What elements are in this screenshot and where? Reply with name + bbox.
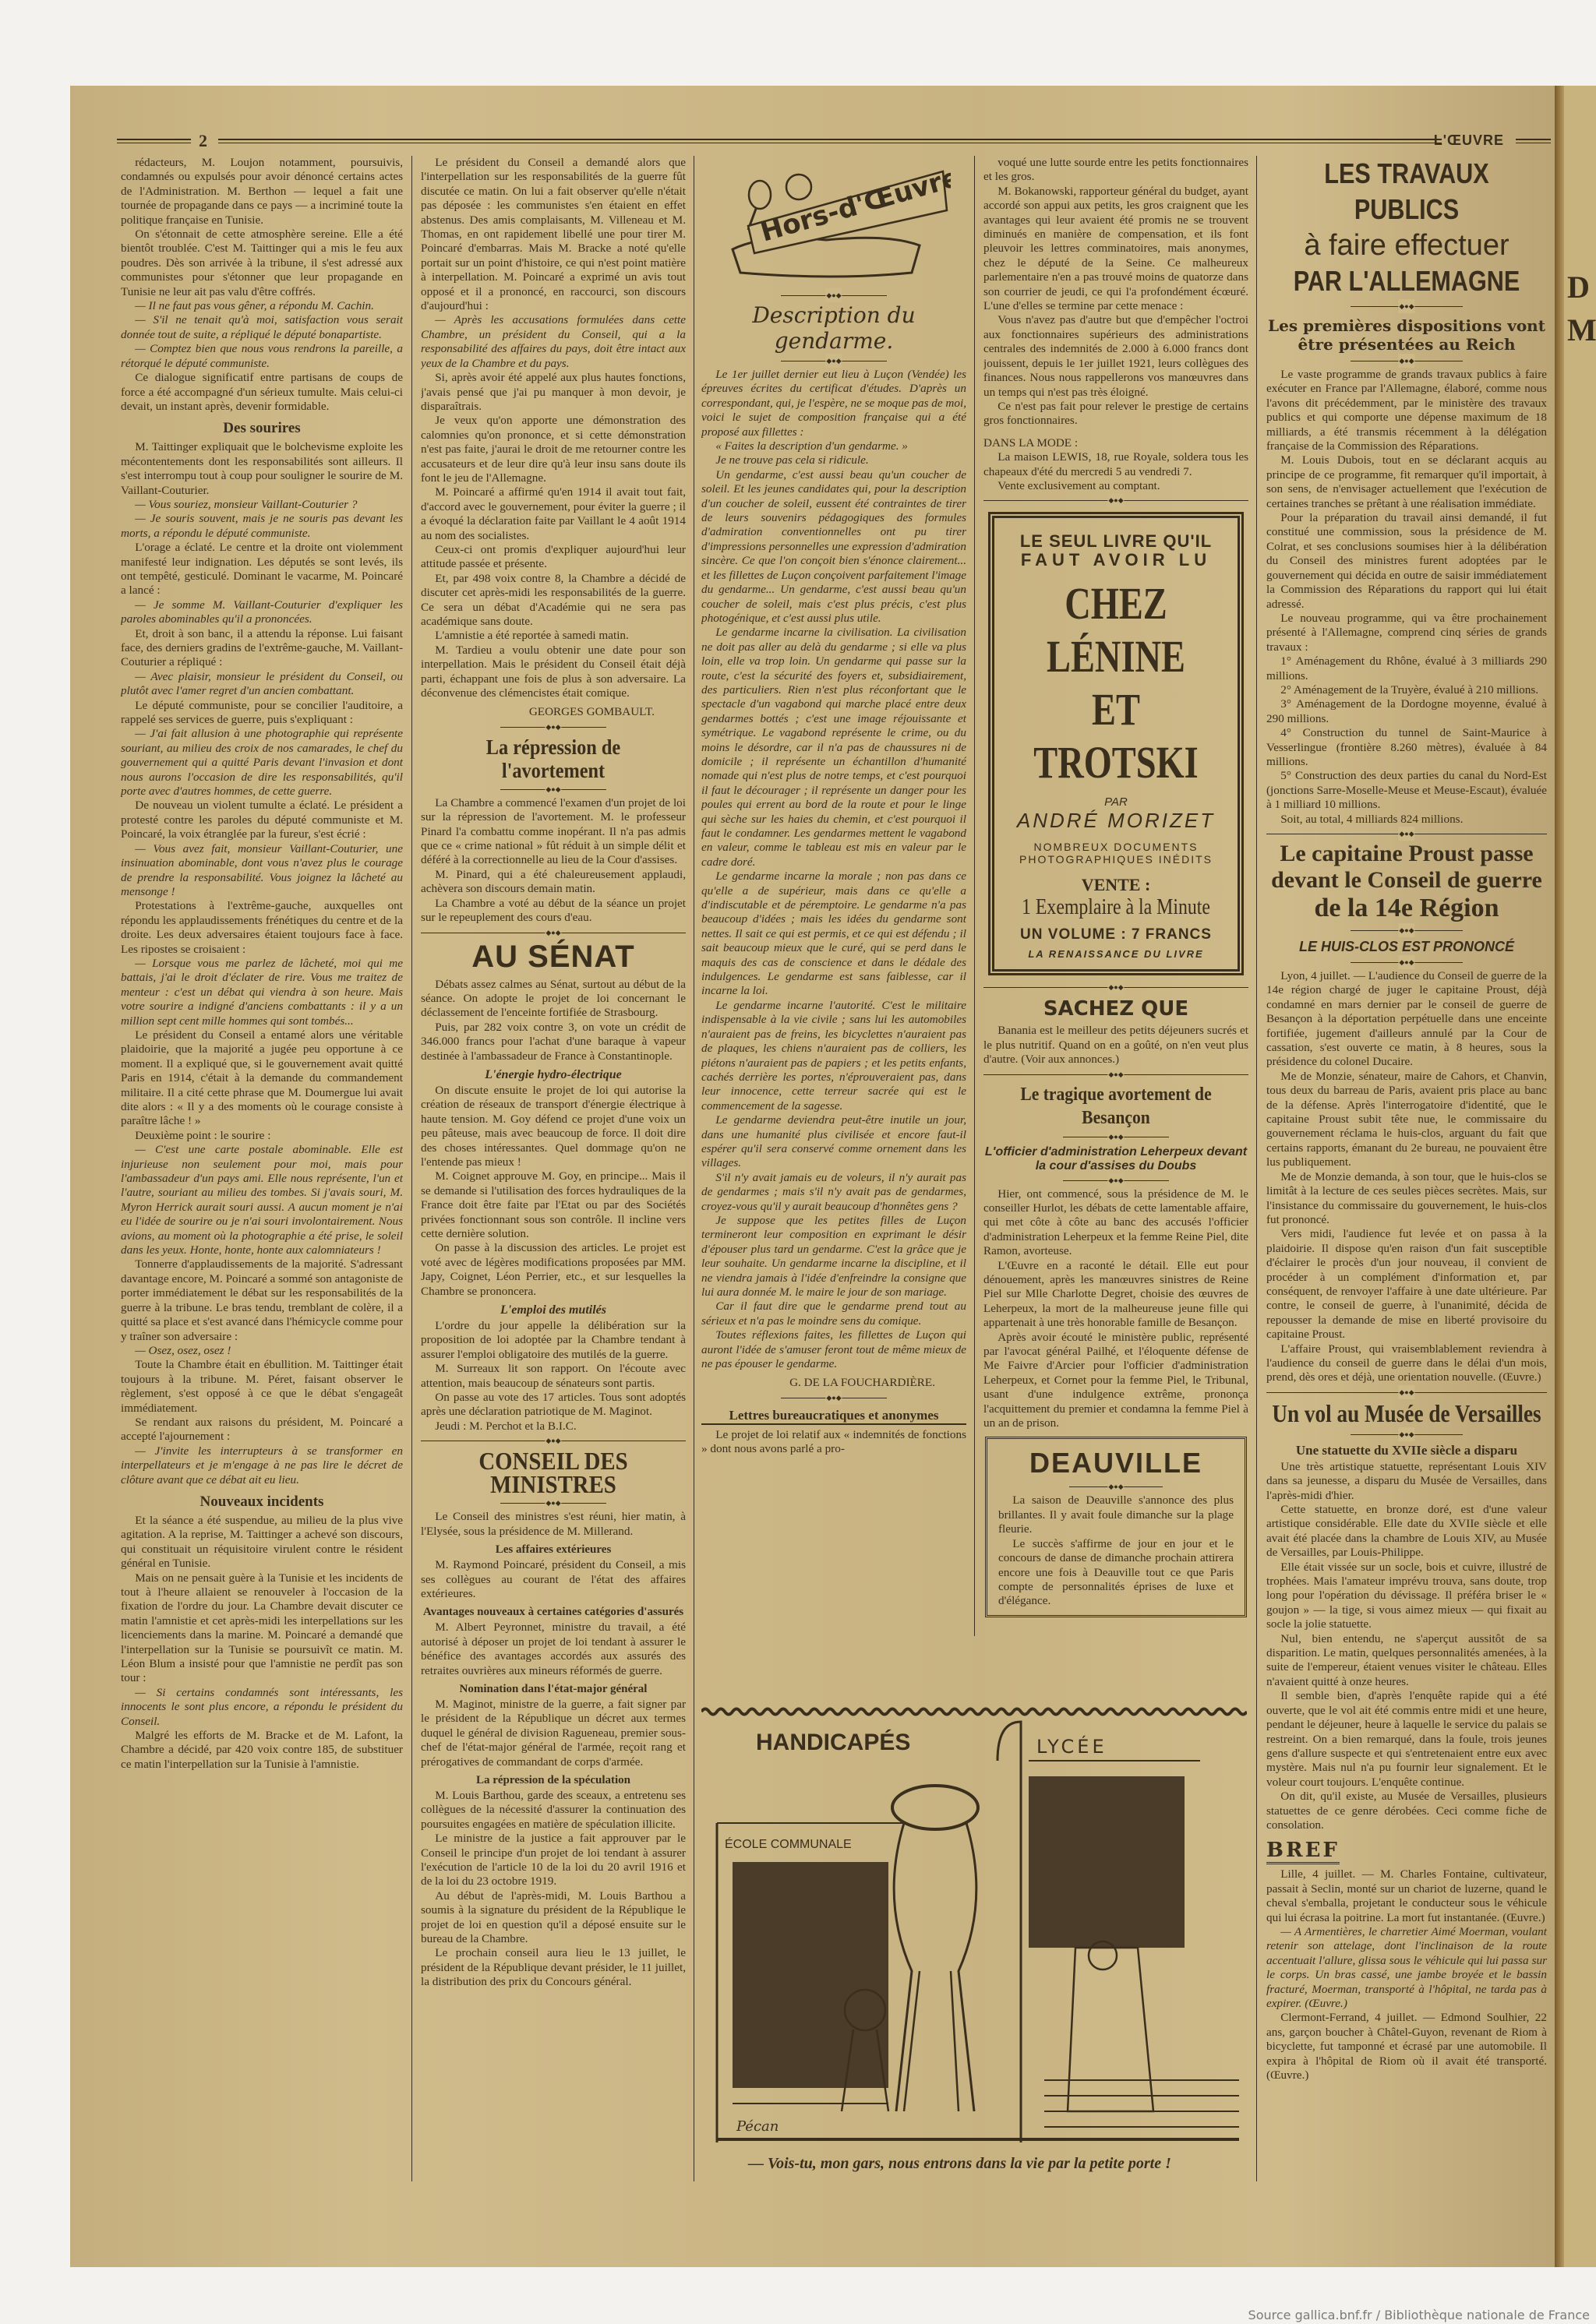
ad-line: NOMBREUX DOCUMENTS: [1004, 841, 1228, 853]
paragraph: Je veux qu'on apporte une démonstration …: [421, 414, 686, 485]
headline: Un vol au Musée de Versailles: [1268, 1399, 1546, 1427]
ad-line: FAUT AVOIR LU: [1004, 551, 1228, 570]
article-body: La Chambre a commencé l'examen d'un proj…: [421, 796, 686, 926]
paragraph: Mais on ne pensait guère à la Tunisie et…: [121, 1571, 403, 1686]
deauville-box: DEAUVILLE La saison de Deauville s'annon…: [985, 1437, 1247, 1617]
ornament-divider: [421, 1499, 686, 1507]
paragraph: Le Conseil des ministres s'est réuni, hi…: [421, 1510, 686, 1539]
paragraph: M. Pinard, qui a été chaleureusement app…: [421, 868, 686, 897]
paragraph: Se rendant aux raisons du président, M. …: [121, 1416, 403, 1444]
page-number: 2: [199, 131, 207, 151]
paragraph: — Comptez bien que nous vous rendrons la…: [121, 342, 403, 371]
ornament-divider: [1266, 830, 1547, 838]
byline: GEORGES GOMBAULT.: [421, 705, 686, 719]
ad-book-title: ET TROTSKI: [1026, 683, 1206, 789]
svg-text:LYCÉE: LYCÉE: [1036, 1735, 1107, 1758]
paragraph: Vous n'avez pas d'autre but que d'empêch…: [983, 313, 1248, 399]
paragraph: 3° Aménagement de la Dordogne moyenne, é…: [1266, 697, 1547, 726]
subheadline: LE HUIS-CLOS EST PRONONCÉ: [1266, 939, 1547, 955]
paragraph: Ce dialogue significatif entre partisans…: [121, 371, 403, 414]
paragraph: — Il ne faut pas vous gêner, a répondu M…: [121, 299, 403, 313]
paragraph: Le projet de loi relatif aux « indemnité…: [701, 1428, 966, 1457]
paragraph: On dit, qu'il existe, au Musée de Versai…: [1266, 1790, 1547, 1832]
cartoon-caption: — Vois-tu, mon gars, nous entrons dans l…: [748, 2155, 1171, 2173]
ornament-divider: [1266, 958, 1547, 966]
paragraph: 1° Aménagement du Rhône, évalué à 3 mill…: [1266, 654, 1547, 683]
ornament-divider: [983, 1133, 1248, 1141]
ornament-divider: [701, 1394, 966, 1402]
subheading: Nomination dans l'état-major général: [421, 1683, 686, 1696]
ornament-divider: [983, 496, 1248, 504]
paragraph: — A Armentières, le charretier Aimé Moer…: [1266, 1925, 1547, 2011]
article-body: La saison de Deauville s'annonce des plu…: [998, 1493, 1234, 1608]
byline: G. DE LA FOUCHARDIÈRE.: [701, 1376, 966, 1390]
article-body: M. Albert Peyronnet, ministre du travail…: [421, 1620, 686, 1678]
page-gutter: [1555, 86, 1564, 2267]
paragraph: L'ordre du jour appelle la délibération …: [421, 1319, 686, 1362]
paragraph: Le gendarme incarne la civilisation. La …: [701, 626, 966, 869]
paragraph: — J'ai fait allusion à une photographie …: [121, 727, 403, 799]
paragraph: Toute la Chambre était en ébullition. M.…: [121, 1358, 403, 1416]
ornament-divider: [701, 291, 966, 299]
paragraph: « Faites la description d'un gendarme. »: [701, 439, 966, 453]
rubric-label: DANS LA MODE :: [983, 436, 1248, 450]
paragraph: Puis, par 282 voix contre 3, on vote un …: [421, 1021, 686, 1063]
paragraph: — Vous souriez, monsieur Vaillant-Coutur…: [121, 498, 403, 512]
paragraph: S'il n'y avait jamais eu de voleurs, il …: [701, 1171, 966, 1214]
paragraph: On discute ensuite le projet de loi qui …: [421, 1084, 686, 1169]
paragraph: La maison LEWIS, 18, rue Royale, soldera…: [983, 450, 1248, 479]
paragraph: Le député communiste, pour se concilier …: [121, 699, 403, 728]
article-body: On discute ensuite le projet de loi qui …: [421, 1084, 686, 1299]
paragraph: La saison de Deauville s'annonce des plu…: [998, 1493, 1234, 1536]
paragraph: Malgré les efforts de M. Bracke et de M.…: [121, 1729, 403, 1772]
paragraph: Car il faut dire que le gendarme prend t…: [701, 1300, 966, 1328]
ad-line: LE SEUL LIVRE QU'IL: [1004, 532, 1228, 551]
paragraph: Jeudi : M. Perchot et la B.I.C.: [421, 1419, 686, 1434]
article-body: Lyon, 4 juillet. — L'audience du Conseil…: [1266, 969, 1547, 1385]
ad-publisher: LA RENAISSANCE DU LIVRE: [1004, 948, 1228, 960]
next-page-edge: D M: [1564, 86, 1596, 2267]
article-body: Banania est le meilleur des petits déjeu…: [983, 1024, 1248, 1067]
headline: devant le Conseil de guerre: [1266, 867, 1547, 894]
paragraph: Le gendarme incarne l'autorité. C'est le…: [701, 999, 966, 1113]
paragraph: Soit, au total, 4 milliards 824 millions…: [1266, 813, 1547, 827]
source-credit: Source gallica.bnf.fr / Bibliothèque nat…: [1248, 2308, 1590, 2322]
article-body: Le président du Conseil a demandé alors …: [421, 156, 686, 700]
subheading: Avantages nouveaux à certaines catégorie…: [421, 1606, 686, 1619]
paragraph: Il semble bien, d'après l'enquête rapide…: [1266, 1689, 1547, 1790]
headline: de la 14e Région: [1266, 894, 1547, 923]
page-header: 2 L'ŒUVRE: [117, 134, 1551, 150]
ad-by: PAR: [1004, 795, 1228, 809]
ad-line: 1 Exemplaire à la Minute: [1021, 895, 1212, 920]
article-body: rédacteurs, M. Loujon notamment, poursui…: [121, 156, 403, 414]
article-body: M. Taittinger expliquait que le bolchevi…: [121, 440, 403, 1487]
paragraph: Elle était vissée sur un socle, bois et …: [1266, 1561, 1547, 1632]
paragraph: Toutes réflexions faites, les fillettes …: [701, 1328, 966, 1371]
article-body: La maison LEWIS, 18, rue Royale, soldera…: [983, 450, 1248, 493]
article-title: Description du gendarme.: [701, 302, 966, 354]
paragraph: Le nouveau programme, qui va être procha…: [1266, 612, 1547, 654]
article-body: Lille, 4 juillet. — M. Charles Fontaine,…: [1266, 1867, 1547, 2082]
rubric-banner-icon: Hors-d'Œuvre: [717, 156, 951, 284]
paragraph: 5° Construction des deux parties du cana…: [1266, 769, 1547, 812]
paragraph: M. Bokanowski, rapporteur général du bud…: [983, 185, 1248, 314]
ornament-divider: [421, 1437, 686, 1444]
paragraph: M. Louis Dubois, tout en se déclarant ac…: [1266, 453, 1547, 511]
paragraph: Le gendarme incarne la morale ; non pas …: [701, 869, 966, 999]
paragraph: Lille, 4 juillet. — M. Charles Fontaine,…: [1266, 1867, 1547, 1925]
section-heading: La répression de l'avortement: [434, 735, 673, 782]
cartoon-illustration: ÉCOLE COMMUNALE LYCÉE Pécan: [701, 1644, 1247, 2142]
paragraph: Me de Monzie, sénateur, maire de Cahors,…: [1266, 1070, 1547, 1170]
article-body: Le vaste programme de grands travaux pub…: [1266, 368, 1547, 827]
paragraph: L'amnistie a été reportée à samedi matin…: [421, 629, 686, 643]
paragraph: L'Œuvre en a raconté le détail. Elle eut…: [983, 1259, 1248, 1331]
article-body: voqué une lutte sourde entre les petits …: [983, 156, 1248, 428]
paragraph: Protestations à l'extrême-gauche, auxque…: [121, 899, 403, 957]
paragraph: Après avoir écouté le ministère public, …: [983, 1331, 1248, 1431]
paragraph: L'orage a éclaté. Le centre et la droite…: [121, 541, 403, 598]
svg-text:ÉCOLE COMMUNALE: ÉCOLE COMMUNALE: [725, 1836, 852, 1851]
article-body: M. Louis Barthou, garde des sceaux, a en…: [421, 1789, 686, 1990]
section-heading: Nouveaux incidents: [121, 1493, 403, 1511]
paragraph: M. Taittinger expliquait que le bolchevi…: [121, 440, 403, 498]
ad-line: VENTE :: [1004, 875, 1228, 895]
ornament-divider: [421, 723, 686, 731]
paragraph: Le prochain conseil aura lieu le 13 juil…: [421, 1946, 686, 1989]
svg-text:Pécan: Pécan: [736, 2118, 779, 2135]
subheading: L'emploi des mutilés: [421, 1303, 686, 1317]
paragraph: — Si certains condamnés sont intéressant…: [121, 1686, 403, 1729]
next-page-letter: D: [1567, 269, 1590, 305]
paragraph: On passe à la discussion des articles. L…: [421, 1241, 686, 1299]
section-heading: Lettres bureaucratiques et anonymes: [701, 1408, 966, 1425]
section-heading: AU SÉNAT: [421, 940, 686, 975]
article-body: Hier, ont commencé, sous la présidence d…: [983, 1187, 1248, 1431]
article-body: Une très artistique statuette, représent…: [1266, 1460, 1547, 1833]
article-body: Le Conseil des ministres s'est réuni, hi…: [421, 1510, 686, 1539]
paragraph: — Avec plaisir, monsieur le président du…: [121, 670, 403, 699]
ornament-divider: [1266, 926, 1547, 934]
paragraph: Et, droit à son banc, il a attendu la ré…: [121, 627, 403, 670]
paragraph: Nul, bien entendu, ne s'aperçut aussitôt…: [1266, 1632, 1547, 1690]
paragraph: Au début de l'après-midi, M. Louis Barth…: [421, 1889, 686, 1947]
paragraph: Un gendarme, c'est aussi beau qu'un couc…: [701, 468, 966, 626]
paragraph: Et, par 498 voix contre 8, la Chambre a …: [421, 572, 686, 629]
paragraph: Cette statuette, en bronze doré, est d'u…: [1266, 1503, 1547, 1561]
paragraph: Le président du Conseil a demandé alors …: [421, 156, 686, 313]
article-body: Et la séance a été suspendue, au milieu …: [121, 1514, 403, 1772]
section-heading: DEAUVILLE: [998, 1447, 1234, 1479]
paragraph: La Chambre a commencé l'examen d'un proj…: [421, 796, 686, 868]
column-rule: [694, 156, 694, 2181]
paragraph: Je suppose que les petites filles de Luç…: [701, 1214, 966, 1300]
article-body: Le projet de loi relatif aux « indemnité…: [701, 1428, 966, 1457]
ornament-divider: [1266, 1430, 1547, 1438]
paragraph: Le président du Conseil a entamé alors u…: [121, 1028, 403, 1129]
paragraph: Le succès s'affirme de jour en jour et l…: [998, 1537, 1234, 1609]
ornament-divider: [1266, 357, 1547, 365]
paragraph: Le gendarme deviendra peut-être inutile …: [701, 1113, 966, 1171]
paragraph: L'affaire Proust, qui vraisemblablement …: [1266, 1342, 1547, 1385]
column-4: voqué une lutte sourde entre les petits …: [983, 156, 1248, 1636]
column-3: Hors-d'Œuvre Description du gendarme. Le…: [701, 156, 966, 1636]
column-2: Le président du Conseil a demandé alors …: [421, 156, 686, 2197]
paragraph: Si, après avoir été appelé aux plus haut…: [421, 371, 686, 414]
column-rule: [1256, 156, 1257, 2181]
paragraph: 2° Aménagement de la Truyère, évalué à 2…: [1266, 683, 1547, 697]
article-body: M. Maginot, ministre de la guerre, a fai…: [421, 1698, 686, 1769]
paragraph: Ceux-ci ont promis d'expliquer aujourd'h…: [421, 543, 686, 572]
paragraph: Le ministre de la justice a fait approuv…: [421, 1832, 686, 1889]
column-rule: [974, 156, 975, 1636]
paragraph: — C'est une carte postale abominable. El…: [121, 1143, 403, 1257]
paragraph: rédacteurs, M. Loujon notamment, poursui…: [121, 156, 403, 227]
paragraph: Clermont-Ferrand, 4 juillet. — Edmond So…: [1266, 2011, 1547, 2082]
ornament-divider: [983, 983, 1248, 991]
paragraph: — Je somme M. Vaillant-Couturier d'expli…: [121, 598, 403, 627]
subheading: Les affaires extérieures: [421, 1543, 686, 1557]
paragraph: Je ne trouve pas cela si ridicule.: [701, 453, 966, 467]
section-heading: BREF: [1266, 1839, 1340, 1864]
paragraph: Vers midi, l'audience fut levée et on pa…: [1266, 1227, 1547, 1342]
paragraph: — Osez, osez, osez !: [121, 1344, 403, 1358]
paragraph: Ce n'est pas fait pour relever le presti…: [983, 400, 1248, 428]
paragraph: On s'étonnait de cette atmosphère serein…: [121, 227, 403, 299]
subheading: L'officier d'administration Leherpeux de…: [983, 1145, 1248, 1173]
paragraph: M. Surreaux lit son rapport. On l'écoute…: [421, 1362, 686, 1391]
article-body: Le 1er juillet dernier eut lieu à Luçon …: [701, 368, 966, 1371]
paragraph: voqué une lutte sourde entre les petits …: [983, 156, 1248, 185]
paragraph: De nouveau un violent tumulte a éclaté. …: [121, 799, 403, 841]
paragraph: Débats assez calmes au Sénat, surtout au…: [421, 978, 686, 1021]
ornament-divider: [983, 1176, 1248, 1184]
paragraph: — Vous avez fait, monsieur Vaillant-Cout…: [121, 842, 403, 900]
subheadline: Une statuette du XVIIe siècle a disparu: [1266, 1443, 1547, 1458]
ornament-divider: [1266, 302, 1547, 310]
ad-book-title: CHEZ LÉNINE: [1026, 577, 1206, 683]
headline: à faire effectuer: [1266, 227, 1547, 263]
article-body: Débats assez calmes au Sénat, surtout au…: [421, 978, 686, 1063]
paragraph: Le vaste programme de grands travaux pub…: [1266, 368, 1547, 453]
paragraph: — J'invite les interrupteurs à se transf…: [121, 1444, 403, 1487]
paragraph: Deuxième point : le sourire :: [121, 1129, 403, 1143]
column-5: LES TRAVAUX PUBLICS à faire effectuer PA…: [1266, 156, 1547, 2197]
next-page-letter: M: [1567, 312, 1596, 348]
paragraph: M. Coignet approuve M. Goy, en principe.…: [421, 1169, 686, 1241]
article-body: L'ordre du jour appelle la délibération …: [421, 1319, 686, 1434]
article-body: M. Raymond Poincaré, président du Consei…: [421, 1558, 686, 1601]
paragraph: On passe au vote des 17 articles. Tous s…: [421, 1391, 686, 1419]
ornament-divider: [1266, 1388, 1547, 1396]
subheading: La répression de la spéculation: [421, 1774, 686, 1787]
book-advertisement: LE SEUL LIVRE QU'IL FAUT AVOIR LU CHEZ L…: [988, 512, 1244, 975]
paragraph: 4° Construction du tunnel de Saint-Mauri…: [1266, 726, 1547, 769]
ornament-divider: [421, 929, 686, 936]
column-rule: [411, 156, 412, 2181]
subheadline: Les premières dispositions vont être pré…: [1266, 316, 1547, 354]
headline: Le capitaine Proust passe: [1266, 841, 1547, 867]
paragraph: Pour la préparation du travail ainsi dem…: [1266, 511, 1547, 612]
paragraph: Vente exclusivement au comptant.: [983, 479, 1248, 493]
ad-price: UN VOLUME : 7 FRANCS: [1004, 926, 1228, 943]
paragraph: Le 1er juillet dernier eut lieu à Luçon …: [701, 368, 966, 439]
paragraph: M. Albert Peyronnet, ministre du travail…: [421, 1620, 686, 1678]
section-heading: SACHEZ QUE: [983, 997, 1248, 1021]
paragraph: Et la séance a été suspendue, au milieu …: [121, 1514, 403, 1571]
ad-author: ANDRÉ MORIZET: [1004, 809, 1228, 833]
paragraph: — S'il ne tenait qu'à moi, satisfaction …: [121, 313, 403, 342]
section-heading: CONSEIL DES MINISTRES: [434, 1449, 673, 1496]
paragraph: M. Raymond Poincaré, président du Consei…: [421, 1558, 686, 1601]
headline: PAR L'ALLEMAGNE: [1274, 263, 1539, 299]
paragraph: Hier, ont commencé, sous la présidence d…: [983, 1187, 1248, 1259]
paragraph: Une très artistique statuette, représent…: [1266, 1460, 1547, 1503]
paragraph: M. Poincaré a affirmé qu'en 1914 il avai…: [421, 485, 686, 543]
paragraph: M. Maginot, ministre de la guerre, a fai…: [421, 1698, 686, 1769]
paragraph: La Chambre a voté au début de la séance …: [421, 897, 686, 926]
headline: LES TRAVAUX PUBLICS: [1274, 156, 1539, 227]
ad-line: PHOTOGRAPHIQUES INÉDITS: [1004, 853, 1228, 866]
ornament-divider: [421, 785, 686, 793]
paragraph: Tonnerre d'applaudissements de la majori…: [121, 1257, 403, 1343]
ornament-divider: [701, 357, 966, 365]
paragraph: — Lorsque vous me parlez de lâcheté, moi…: [121, 957, 403, 1028]
paragraph: M. Louis Barthou, garde des sceaux, a en…: [421, 1789, 686, 1832]
section-heading: Le tragique avortement de Besançon: [997, 1083, 1235, 1130]
paragraph: Me de Monzie demanda, à son tour, que le…: [1266, 1170, 1547, 1228]
section-heading: Des sourires: [121, 420, 403, 437]
subheading: L'énergie hydro-électrique: [421, 1068, 686, 1082]
paragraph: M. Tardieu a voulu obtenir une date pour…: [421, 644, 686, 701]
column-1: rédacteurs, M. Loujon notamment, poursui…: [121, 156, 403, 2197]
hors-doeuvre-illustration: Hors-d'Œuvre: [701, 156, 966, 288]
ornament-divider: [983, 1070, 1248, 1078]
masthead: L'ŒUVRE: [1434, 132, 1504, 149]
ornament-divider: [998, 1483, 1234, 1490]
paragraph: Lyon, 4 juillet. — L'audience du Conseil…: [1266, 969, 1547, 1070]
paragraph: — Je souris souvent, mais je ne souris p…: [121, 512, 403, 541]
paragraph: — Après les accusations formulées dans c…: [421, 313, 686, 371]
